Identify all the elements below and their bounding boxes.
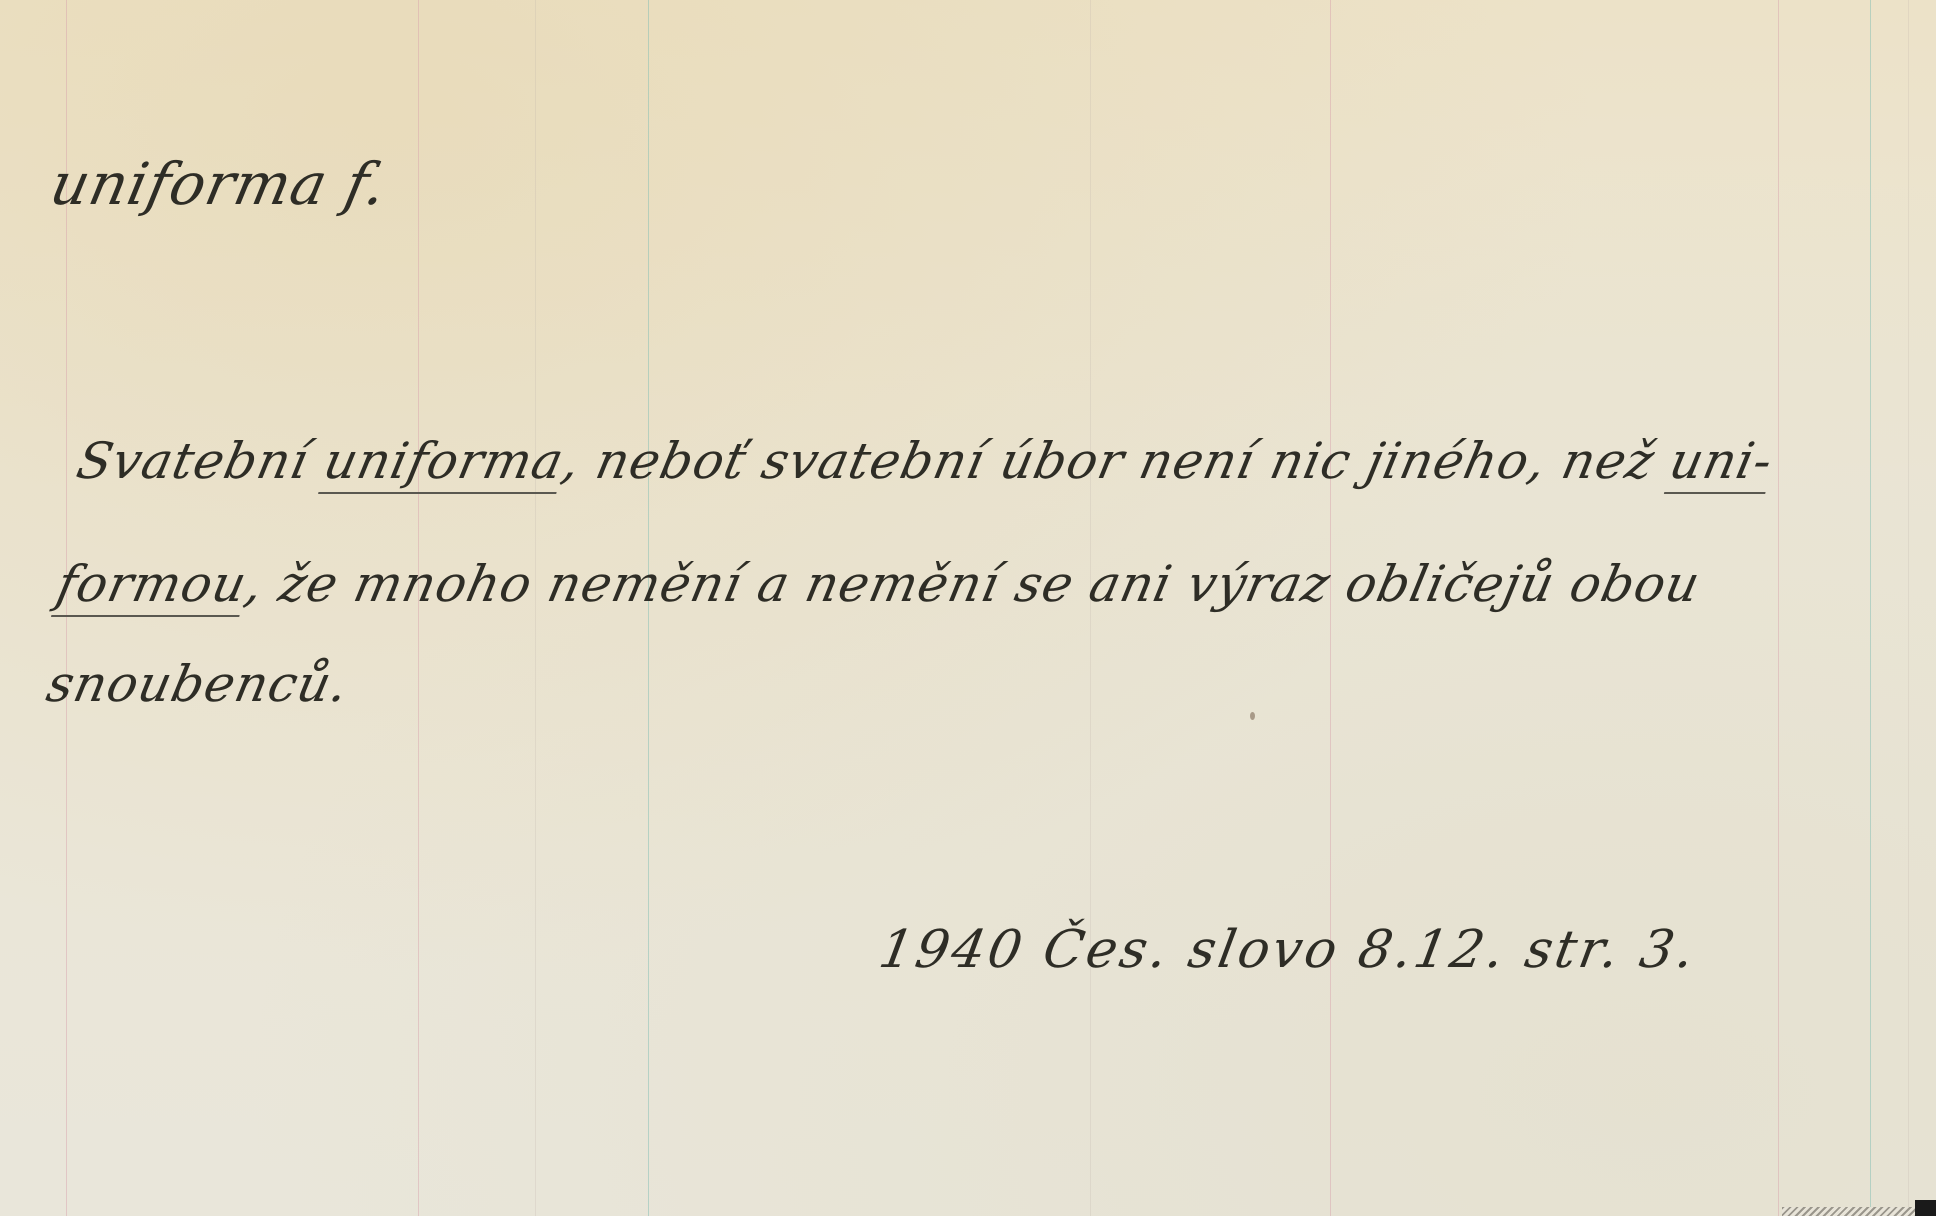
ruled-line — [1870, 0, 1871, 1216]
citation-line-2: formou, že mnoho nemění a nemění se ani … — [52, 555, 1706, 613]
headword: uniforma f. — [45, 150, 394, 218]
citation-line-1: Svatební uniforma, neboť svatební úbor n… — [72, 432, 1779, 490]
scan-edge — [1782, 1207, 1936, 1216]
scan-corner — [1915, 1200, 1936, 1216]
underlined-term: uni- — [1665, 432, 1779, 490]
underlined-term: uniforma — [319, 432, 569, 490]
underlined-term: formou — [52, 555, 253, 613]
ruled-line — [1778, 0, 1779, 1216]
paper-speck — [1250, 712, 1255, 720]
ruled-line — [1908, 0, 1909, 1216]
source-reference: 1940 Čes. slovo 8.12. str. 3. — [875, 920, 1702, 980]
citation-line-3: snoubenců. — [42, 655, 354, 713]
citation-text: Svatební — [72, 432, 331, 490]
index-card: uniforma f. Svatební uniforma, neboť sva… — [0, 0, 1936, 1216]
citation-text: , že mnoho nemění a nemění se ani výraz … — [240, 555, 1706, 613]
citation-text: , neboť svatební úbor není nic jiného, n… — [557, 432, 1677, 490]
